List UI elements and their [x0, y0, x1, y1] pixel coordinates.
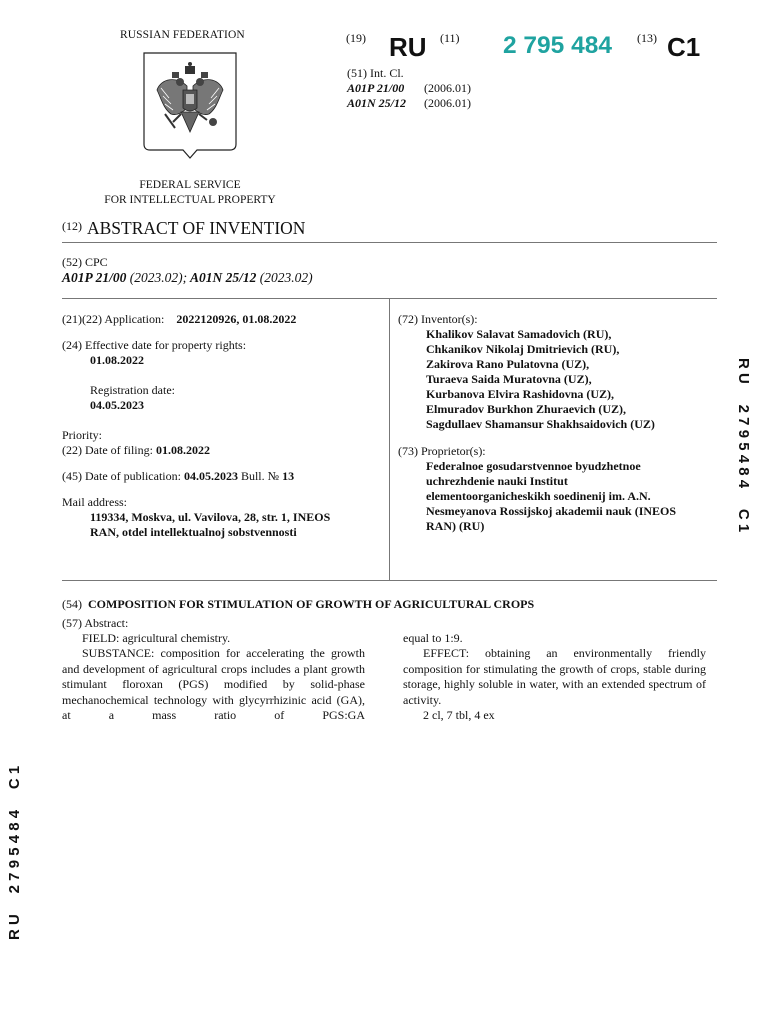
coat-of-arms-icon [143, 52, 237, 160]
biblio-right: (72) Inventor(s): Khalikov Salavat Samad… [398, 312, 718, 534]
document-type: (12)ABSTRACT OF INVENTION [62, 218, 305, 239]
int-cl-block: (51) Int. Cl. A01P 21/00 (2006.01) A01N … [347, 66, 471, 111]
registration-value: 04.05.2023 [62, 398, 382, 413]
biblio-left: (21)(22) Application: 2022120926, 01.08.… [62, 312, 382, 540]
proprietor-line: RAN) (RU) [398, 519, 718, 534]
int-cl-label: (51) Int. Cl. [347, 66, 471, 81]
effective-value: 01.08.2022 [62, 353, 382, 368]
inid-code-54: (54) [62, 597, 82, 611]
side-code-right: R U 2 7 9 5 4 8 4 C 1 [735, 358, 752, 532]
filing-field: (22) Date of filing: 01.08.2022 [62, 443, 382, 458]
filing-label: (22) Date of filing: [62, 443, 153, 457]
inventor: Sagdullaev Shamansur Shakhsaidovich (UZ) [398, 417, 718, 432]
int-cl-code: A01P 21/00 [347, 81, 421, 96]
inid-code-13: (13) [637, 31, 657, 46]
abstract-substance-cont: equal to 1:9. [403, 631, 706, 646]
cpc-label: (52) CPC [62, 254, 313, 270]
cpc-version: (2023.02) [260, 270, 313, 285]
publication-label: (45) Date of publication: [62, 469, 181, 483]
application-label: (21)(22) Application: [62, 312, 164, 326]
application-field: (21)(22) Application: 2022120926, 01.08.… [62, 312, 382, 327]
inventor: Kurbanova Elvira Rashidovna (UZ), [398, 387, 718, 402]
mail-line: 119334, Moskva, ul. Vavilova, 28, str. 1… [62, 510, 382, 525]
mail-line: RAN, otdel intellektualnoj sobstvennosti [62, 525, 382, 540]
priority-label: Priority: [62, 428, 382, 443]
inventor: Zakirova Rano Pulatovna (UZ), [398, 357, 718, 372]
invention-title: (54) COMPOSITION FOR STIMULATION OF GROW… [62, 597, 534, 612]
cpc-codes: A01P 21/00 (2023.02); A01N 25/12 (2023.0… [62, 270, 313, 286]
proprietor-line: Nesmeyanova Rossijskoj akademii nauk (IN… [398, 504, 718, 519]
agency-line-1: FEDERAL SERVICE [80, 178, 300, 193]
abstract-field: FIELD: agricultural chemistry. [62, 631, 365, 646]
abstract-label: (57) Abstract: [62, 616, 128, 631]
kind-code: C1 [667, 32, 700, 63]
mail-label: Mail address: [62, 495, 382, 510]
document-title: ABSTRACT OF INVENTION [87, 218, 305, 238]
proprietor-line: elementoorganicheskikh soedinenij im. A.… [398, 489, 718, 504]
cpc-block: (52) CPC A01P 21/00 (2023.02); A01N 25/1… [62, 254, 313, 286]
filing-value: 01.08.2022 [156, 443, 210, 457]
cpc-code: A01N 25/12 [190, 270, 256, 285]
divider [62, 580, 717, 581]
agency-line-2: FOR INTELLECTUAL PROPERTY [80, 193, 300, 208]
patent-number: 2 795 484 [503, 32, 612, 60]
inventor: Chkanikov Nikolaj Dmitrievich (RU), [398, 342, 718, 357]
publication-field: (45) Date of publication: 04.05.2023 Bul… [62, 469, 382, 484]
publication-value: 04.05.2023 [184, 469, 238, 483]
inid-code-19: (19) [346, 31, 366, 46]
int-cl-code: A01N 25/12 [347, 96, 421, 111]
proprietor-label: (73) Proprietor(s): [398, 444, 718, 459]
int-cl-entry: A01P 21/00 (2006.01) [347, 81, 471, 96]
int-cl-entry: A01N 25/12 (2006.01) [347, 96, 471, 111]
divider [62, 242, 717, 243]
int-cl-version: (2006.01) [424, 96, 471, 110]
inid-code-11: (11) [440, 31, 460, 46]
registration-label: Registration date: [62, 383, 382, 398]
side-code-left: R U 2 7 9 5 4 8 4 C 1 [6, 766, 23, 940]
cpc-code: A01P 21/00 [62, 270, 126, 285]
effective-label: (24) Effective date for property rights: [62, 338, 382, 353]
column-divider [389, 299, 390, 580]
abstract-column-left: FIELD: agricultural chemistry. SUBSTANCE… [62, 631, 365, 723]
inventor: Elmuradov Burkhon Zhuraevich (UZ), [398, 402, 718, 417]
abstract-counts: 2 cl, 7 tbl, 4 ex [403, 708, 706, 723]
bulletin-label: Bull. № [241, 469, 279, 483]
agency-name: FEDERAL SERVICE FOR INTELLECTUAL PROPERT… [80, 178, 300, 208]
bulletin-value: 13 [282, 469, 294, 483]
cpc-version: (2023.02); [130, 270, 187, 285]
invention-title-text: COMPOSITION FOR STIMULATION OF GROWTH OF… [88, 597, 534, 611]
int-cl-version: (2006.01) [424, 81, 471, 95]
proprietor-line: uchrezhdenie nauki Institut [398, 474, 718, 489]
country-name: RUSSIAN FEDERATION [120, 29, 245, 41]
abstract-effect: EFFECT: obtaining an environmentally fri… [403, 646, 706, 708]
inid-code-12: (12) [62, 219, 82, 233]
inventor: Khalikov Salavat Samadovich (RU), [398, 327, 718, 342]
application-value: 2022120926, 01.08.2022 [176, 312, 296, 326]
proprietor-line: Federalnoe gosudarstvennoe byudzhetnoe [398, 459, 718, 474]
inventors-label: (72) Inventor(s): [398, 312, 718, 327]
abstract-substance: SUBSTANCE: composition for accelerating … [62, 646, 365, 723]
country-code: RU [389, 32, 427, 63]
inventor: Turaeva Saida Muratovna (UZ), [398, 372, 718, 387]
abstract-column-right: equal to 1:9. EFFECT: obtaining an envir… [403, 631, 706, 723]
